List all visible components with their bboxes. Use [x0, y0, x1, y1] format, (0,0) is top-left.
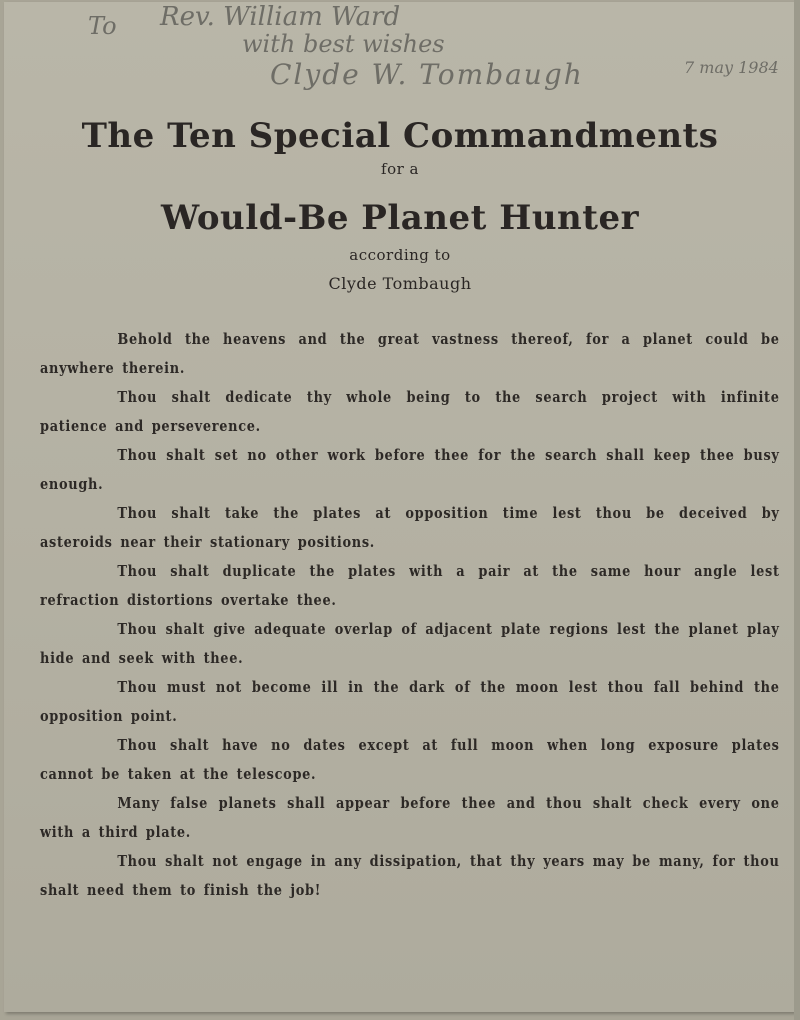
- according-to: according to: [0, 246, 800, 264]
- commandment: Thou shalt dedicate thy whole being to t…: [40, 383, 780, 441]
- commandment: Thou shalt take the plates at opposition…: [40, 499, 780, 557]
- commandments-list: Behold the heavens and the great vastnes…: [40, 325, 676, 905]
- commandment: Thou shalt duplicate the plates with a p…: [40, 557, 780, 615]
- document-subtitle: Would-Be Planet Hunter: [0, 198, 800, 238]
- inscription-date: 7 may 1984: [684, 58, 779, 77]
- commandment: Behold the heavens and the great vastnes…: [40, 325, 780, 383]
- commandment: Thou shalt give adequate overlap of adja…: [40, 615, 780, 673]
- commandment: Thou shalt set no other work before thee…: [40, 441, 780, 499]
- title-for-a: for a: [0, 160, 800, 178]
- inscription-wishes: with best wishes: [242, 30, 445, 58]
- commandment: Thou shalt not engage in any dissipation…: [40, 847, 780, 905]
- inscription-recipient: Rev. William Ward: [160, 2, 400, 32]
- author-name: Clyde Tombaugh: [0, 274, 800, 293]
- commandment: Thou shalt have no dates except at full …: [40, 731, 780, 789]
- inscription-to: To: [88, 12, 117, 40]
- inscription-signature: Clyde W. Tombaugh: [270, 58, 584, 91]
- commandment: Many false planets shall appear before t…: [40, 789, 780, 847]
- document-title: The Ten Special Commandments: [0, 116, 800, 156]
- commandment: Thou must not become ill in the dark of …: [40, 673, 780, 731]
